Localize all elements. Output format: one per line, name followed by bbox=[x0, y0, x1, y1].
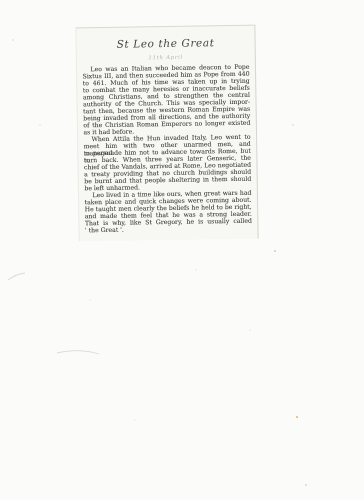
dust-speck bbox=[195, 269, 196, 270]
text-line: ' the Great '. bbox=[85, 225, 252, 235]
dust-speck bbox=[134, 419, 135, 420]
pencil-stroke bbox=[8, 273, 25, 280]
paper-sheet: St Leo the Great 11th April Leo was an I… bbox=[75, 25, 258, 242]
dust-speck bbox=[89, 299, 90, 300]
paragraph: When Attila the Hun invaded Italy, Leo w… bbox=[84, 134, 252, 193]
dust-speck bbox=[39, 124, 41, 126]
scanned-page-photo: St Leo the Great 11th April Leo was an I… bbox=[0, 0, 364, 500]
dust-speck bbox=[274, 250, 276, 252]
dust-speck bbox=[296, 416, 298, 418]
pencil-stroke bbox=[57, 351, 99, 354]
paragraph: Leo lived in a time like ours, when grea… bbox=[84, 190, 252, 235]
text-block: Leo was an Italian who became deacon to … bbox=[82, 64, 252, 235]
feast-date-caption: 11th April bbox=[77, 54, 255, 63]
paragraph: Leo was an Italian who became deacon to … bbox=[82, 64, 250, 137]
dust-speck bbox=[249, 329, 250, 330]
page-title: St Leo the Great bbox=[77, 38, 255, 52]
dust-speck bbox=[305, 484, 307, 486]
dust-speck bbox=[12, 39, 14, 41]
dust-speck bbox=[292, 124, 294, 126]
